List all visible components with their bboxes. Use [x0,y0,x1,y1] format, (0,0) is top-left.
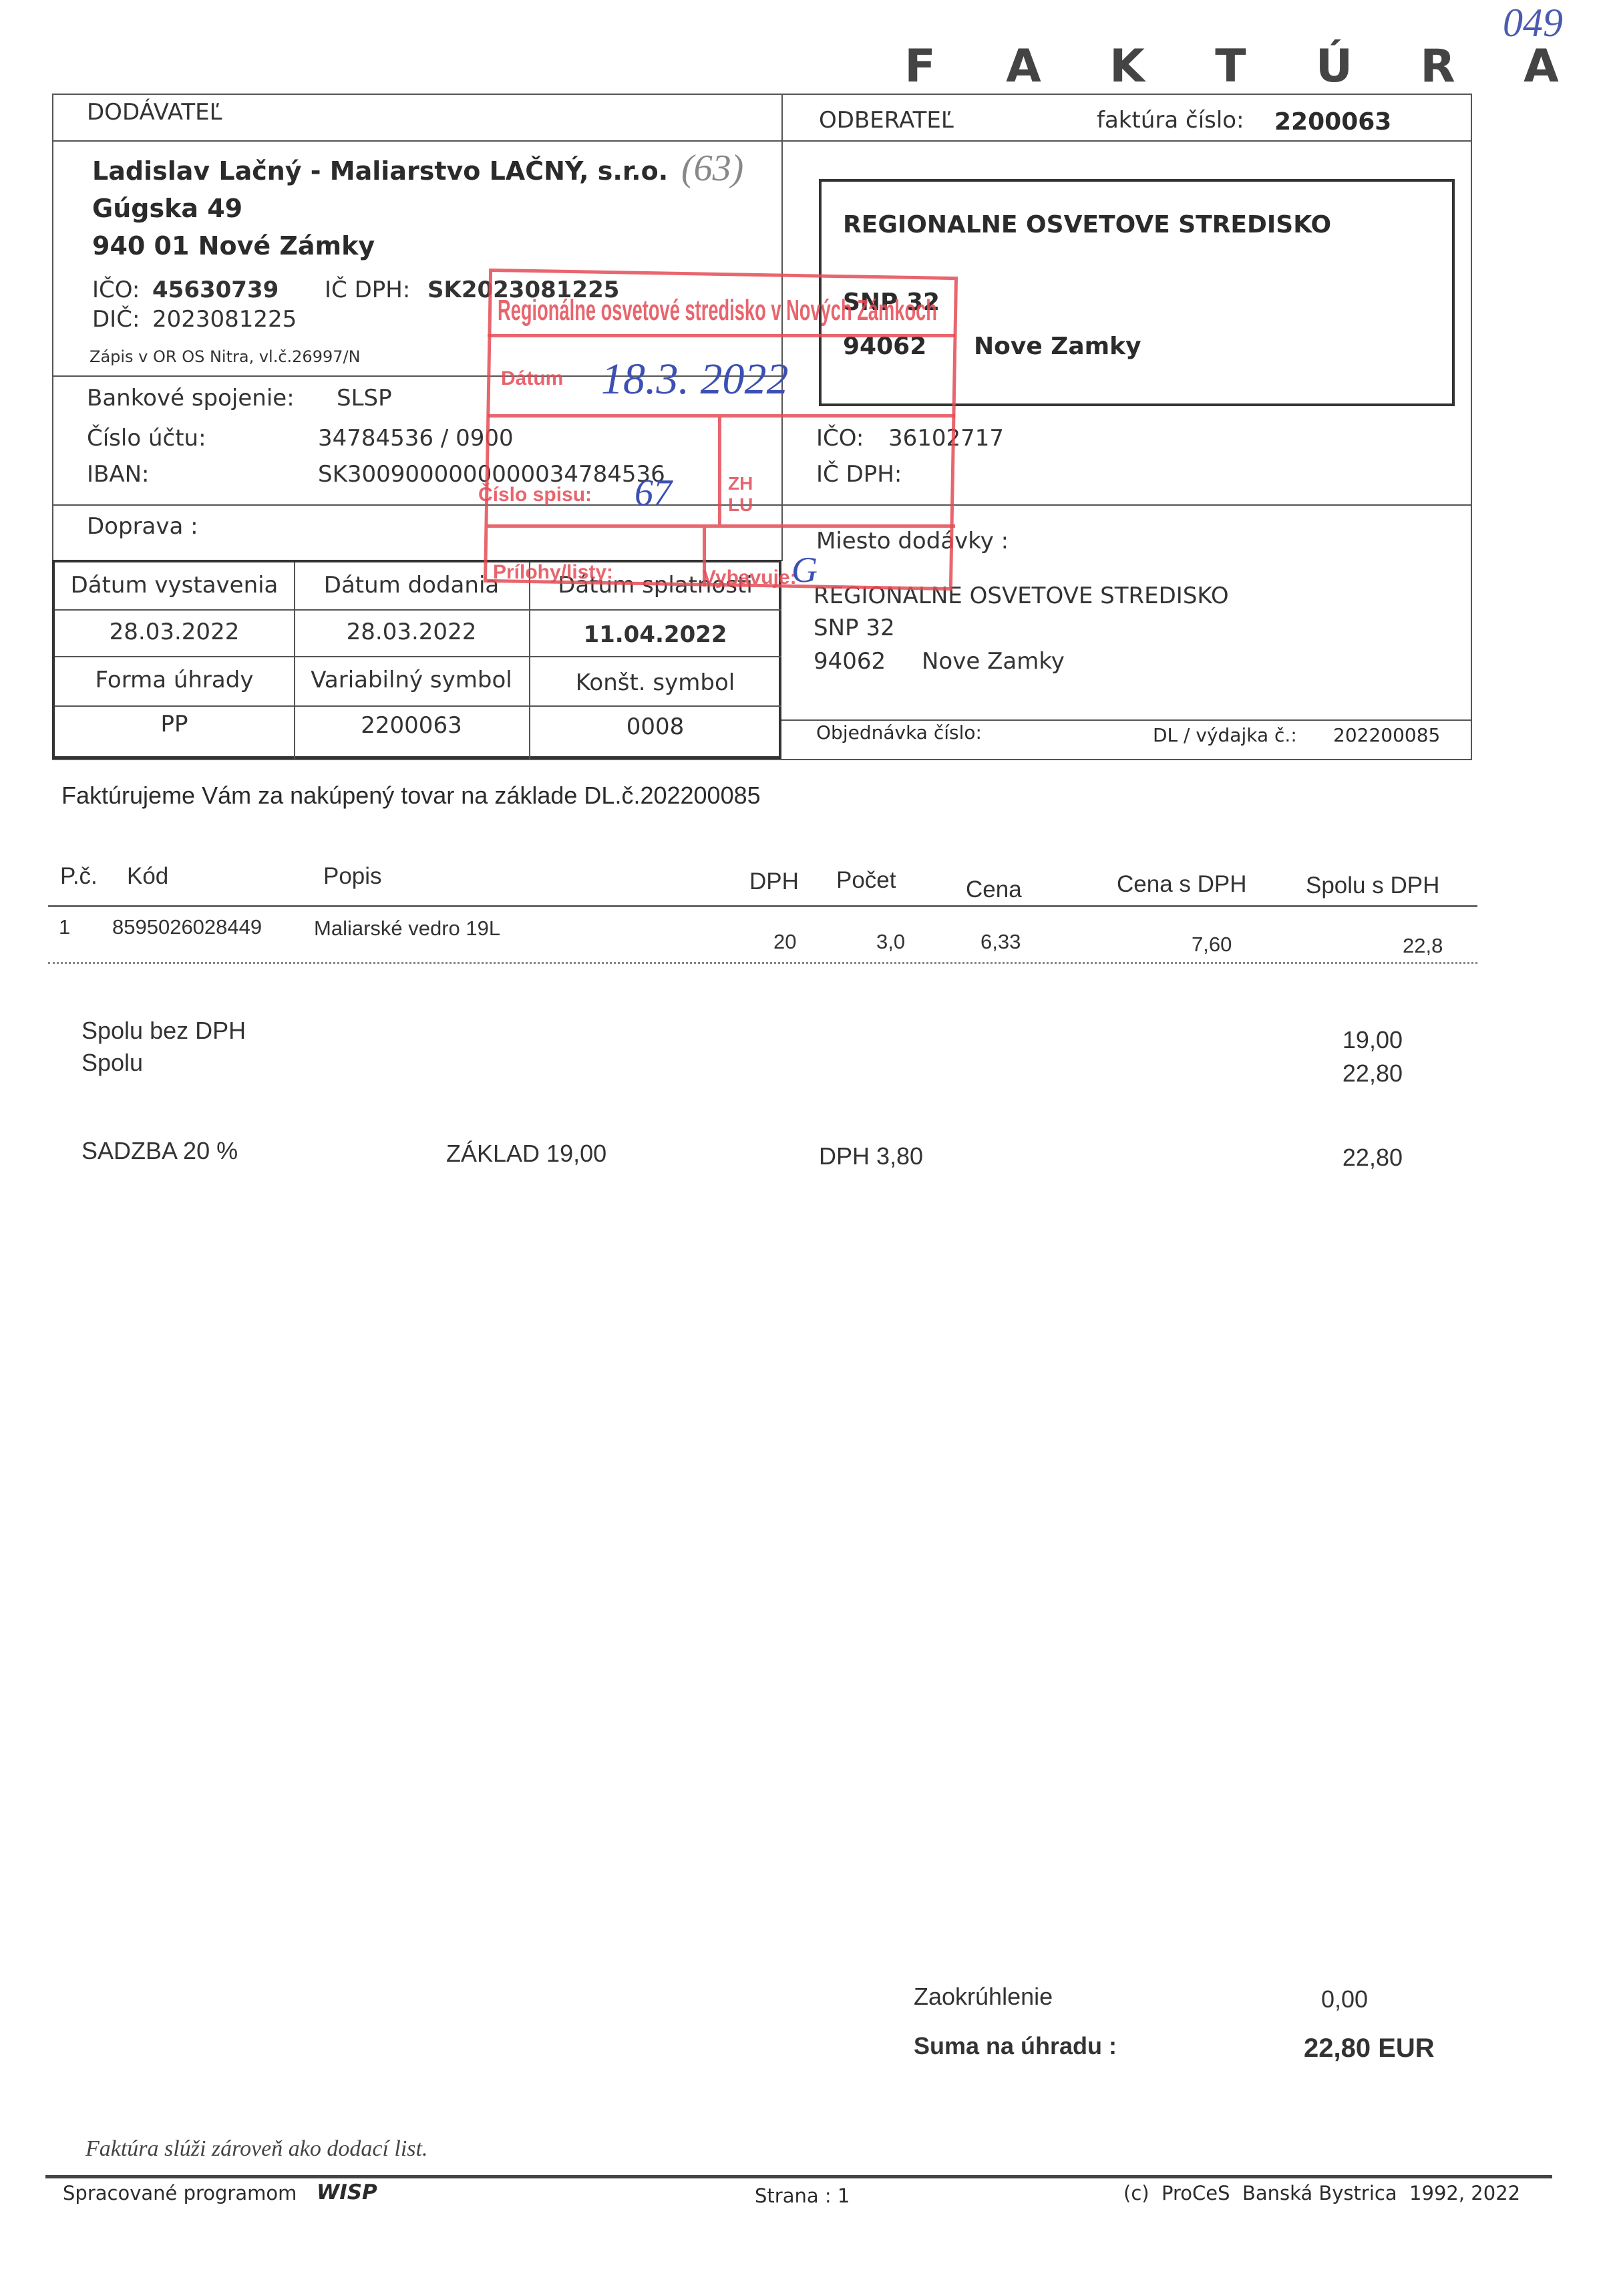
col-total-vat: Spolu s DPH [1306,872,1439,899]
stamp-line [718,418,721,524]
row-vat: 20 [773,930,796,954]
col-qty: Počet [836,867,896,894]
row-price-vat: 7,60 [1192,933,1232,957]
vat-rate-label: SADZBA 20 % [81,1137,238,1165]
total-label: Spolu [81,1049,143,1077]
col-no: P.č. [60,863,98,890]
row-total-vat: 22,8 [1403,934,1443,958]
dl-label: DL / výdajka č.: [1153,724,1297,746]
divider [55,609,781,611]
stamp-line [488,334,955,337]
amount-due: 22,80 EUR [1304,2033,1435,2064]
variable-symbol-header: Variabilný symbol [294,667,529,693]
subtotal-label: Spolu bez DPH [81,1017,246,1045]
delivery-zip: 94062 [814,648,886,675]
title-letter: F [868,40,972,93]
stamp-org: Regionálne osvetové stredisko v Nových Z… [498,294,937,327]
stamp-file-label: Číslo spisu: [478,484,592,506]
date-issued-header: Dátum vystavenia [55,572,294,599]
invoice-number: 2200063 [1274,108,1391,136]
customer-name: REGIONALNE OSVETOVE STREDISKO [843,211,1331,238]
divider [781,719,1472,721]
footer-note: Faktúra slúži zároveň ako dodací list. [85,2136,427,2162]
title-letter: A [1489,40,1593,93]
transport-label: Doprava : [87,513,198,540]
supplier-street: Gúgska 49 [92,194,242,223]
vat-rate-total: 22,80 [1269,1144,1403,1172]
vat-base: ZÁKLAD 19,00 [446,1140,606,1168]
intro-text: Faktúrujeme Vám za nakúpený tovar na zák… [61,782,761,810]
supplier-city: 940 01 Nové Zámky [92,231,375,261]
account-label: Číslo účtu: [87,425,206,452]
title-letter: T [1179,40,1282,93]
rounding-label: Zaokrúhlenie [914,1983,1053,2011]
title-letter: R [1386,40,1489,93]
supplier-ico-label: IČO: [92,277,140,303]
stamp-handled-label: Vybavuje: [703,566,797,589]
invoice-number-label: faktúra číslo: [1097,107,1244,134]
iban-label: IBAN: [87,461,150,488]
stamp-file-handwritten: 67 [635,472,672,514]
document-title: FAKTÚRA [868,40,1593,93]
subtotal-value: 19,00 [1269,1026,1403,1054]
constant-symbol-header: Konšt. symbol [529,669,781,696]
stamp-lu: LU [728,494,753,516]
header-divider [48,905,1477,907]
supplier-dic: 2023081225 [152,306,297,333]
row-divider [48,962,1477,964]
page-number: Strana : 1 [755,2184,850,2207]
title-letter: K [1075,40,1179,93]
row-qty: 3,0 [876,930,905,954]
dl-number: 202200085 [1333,724,1440,746]
stamp-date-label: Dátum [501,367,563,390]
amount-due-label: Suma na úhradu : [914,2032,1117,2060]
title-letter: Ú [1282,40,1386,93]
handwritten-page-number: 049 [1503,0,1563,46]
divider [55,705,781,707]
stamp-date-handwritten: 18.3. 2022 [601,354,789,405]
footer-divider [45,2175,1552,2178]
col-vat: DPH [749,868,799,895]
vat-amount: DPH 3,80 [819,1142,923,1170]
row-price: 6,33 [980,930,1021,954]
customer-city: Nove Zamky [974,333,1141,360]
row-description: Maliarské vedro 19L [314,917,500,941]
title-letter: A [972,40,1075,93]
stamp-attachments-label: Prílohy/listy: [493,561,613,584]
col-description: Popis [323,863,382,890]
date-due: 11.04.2022 [529,621,781,648]
customer-section-label: ODBERATEĽ [819,107,954,134]
payment-method-header: Forma úhrady [55,667,294,693]
payment-method: PP [55,711,294,737]
row-code: 8595026028449 [112,915,262,939]
bank-label: Bankové spojenie: [87,385,295,412]
handwritten-note: (63) [681,147,743,190]
stamp-zh: ZH [728,473,753,494]
rounding-value: 0,00 [1321,1985,1368,2013]
variable-symbol: 2200063 [294,712,529,739]
supplier-section-label: DODÁVATEĽ [87,99,222,126]
divider [55,656,781,657]
row-no: 1 [59,915,70,939]
delivery-street: SNP 32 [814,615,895,641]
delivery-city: Nove Zamky [922,648,1065,675]
program-name: WISP [317,2180,377,2204]
date-delivered: 28.03.2022 [294,619,529,645]
supplier-dic-label: DIČ: [92,306,140,333]
dates-table: Dátum vystavenia Dátum dodania Dátum spl… [52,560,781,759]
col-price: Cena [966,876,1022,903]
account-number: 34784536 / 0900 [318,425,514,452]
stamp-line [488,414,955,418]
stamp-handled-handwritten: G [791,549,818,591]
supplier-registry: Zápis v OR OS Nitra, vl.č.26997/N [90,347,361,366]
col-code: Kód [127,863,168,890]
supplier-name: Ladislav Lačný - Maliarstvo LAČNÝ, s.r.o… [92,156,668,186]
bank-name: SLSP [337,385,392,412]
total-value: 22,80 [1269,1059,1403,1088]
copyright: (c) ProCeS Banská Bystrica 1992, 2022 [1123,2182,1520,2204]
order-number-label: Objednávka číslo: [816,721,982,744]
supplier-ico: 45630739 [152,277,279,303]
divider [52,140,1472,142]
supplier-ic-dph-label: IČ DPH: [325,277,410,303]
col-price-vat: Cena s DPH [1117,871,1247,898]
date-issued: 28.03.2022 [55,619,294,645]
processed-by-label: Spracované programom [63,2182,297,2204]
stamp-line [488,524,955,528]
constant-symbol: 0008 [529,713,781,740]
